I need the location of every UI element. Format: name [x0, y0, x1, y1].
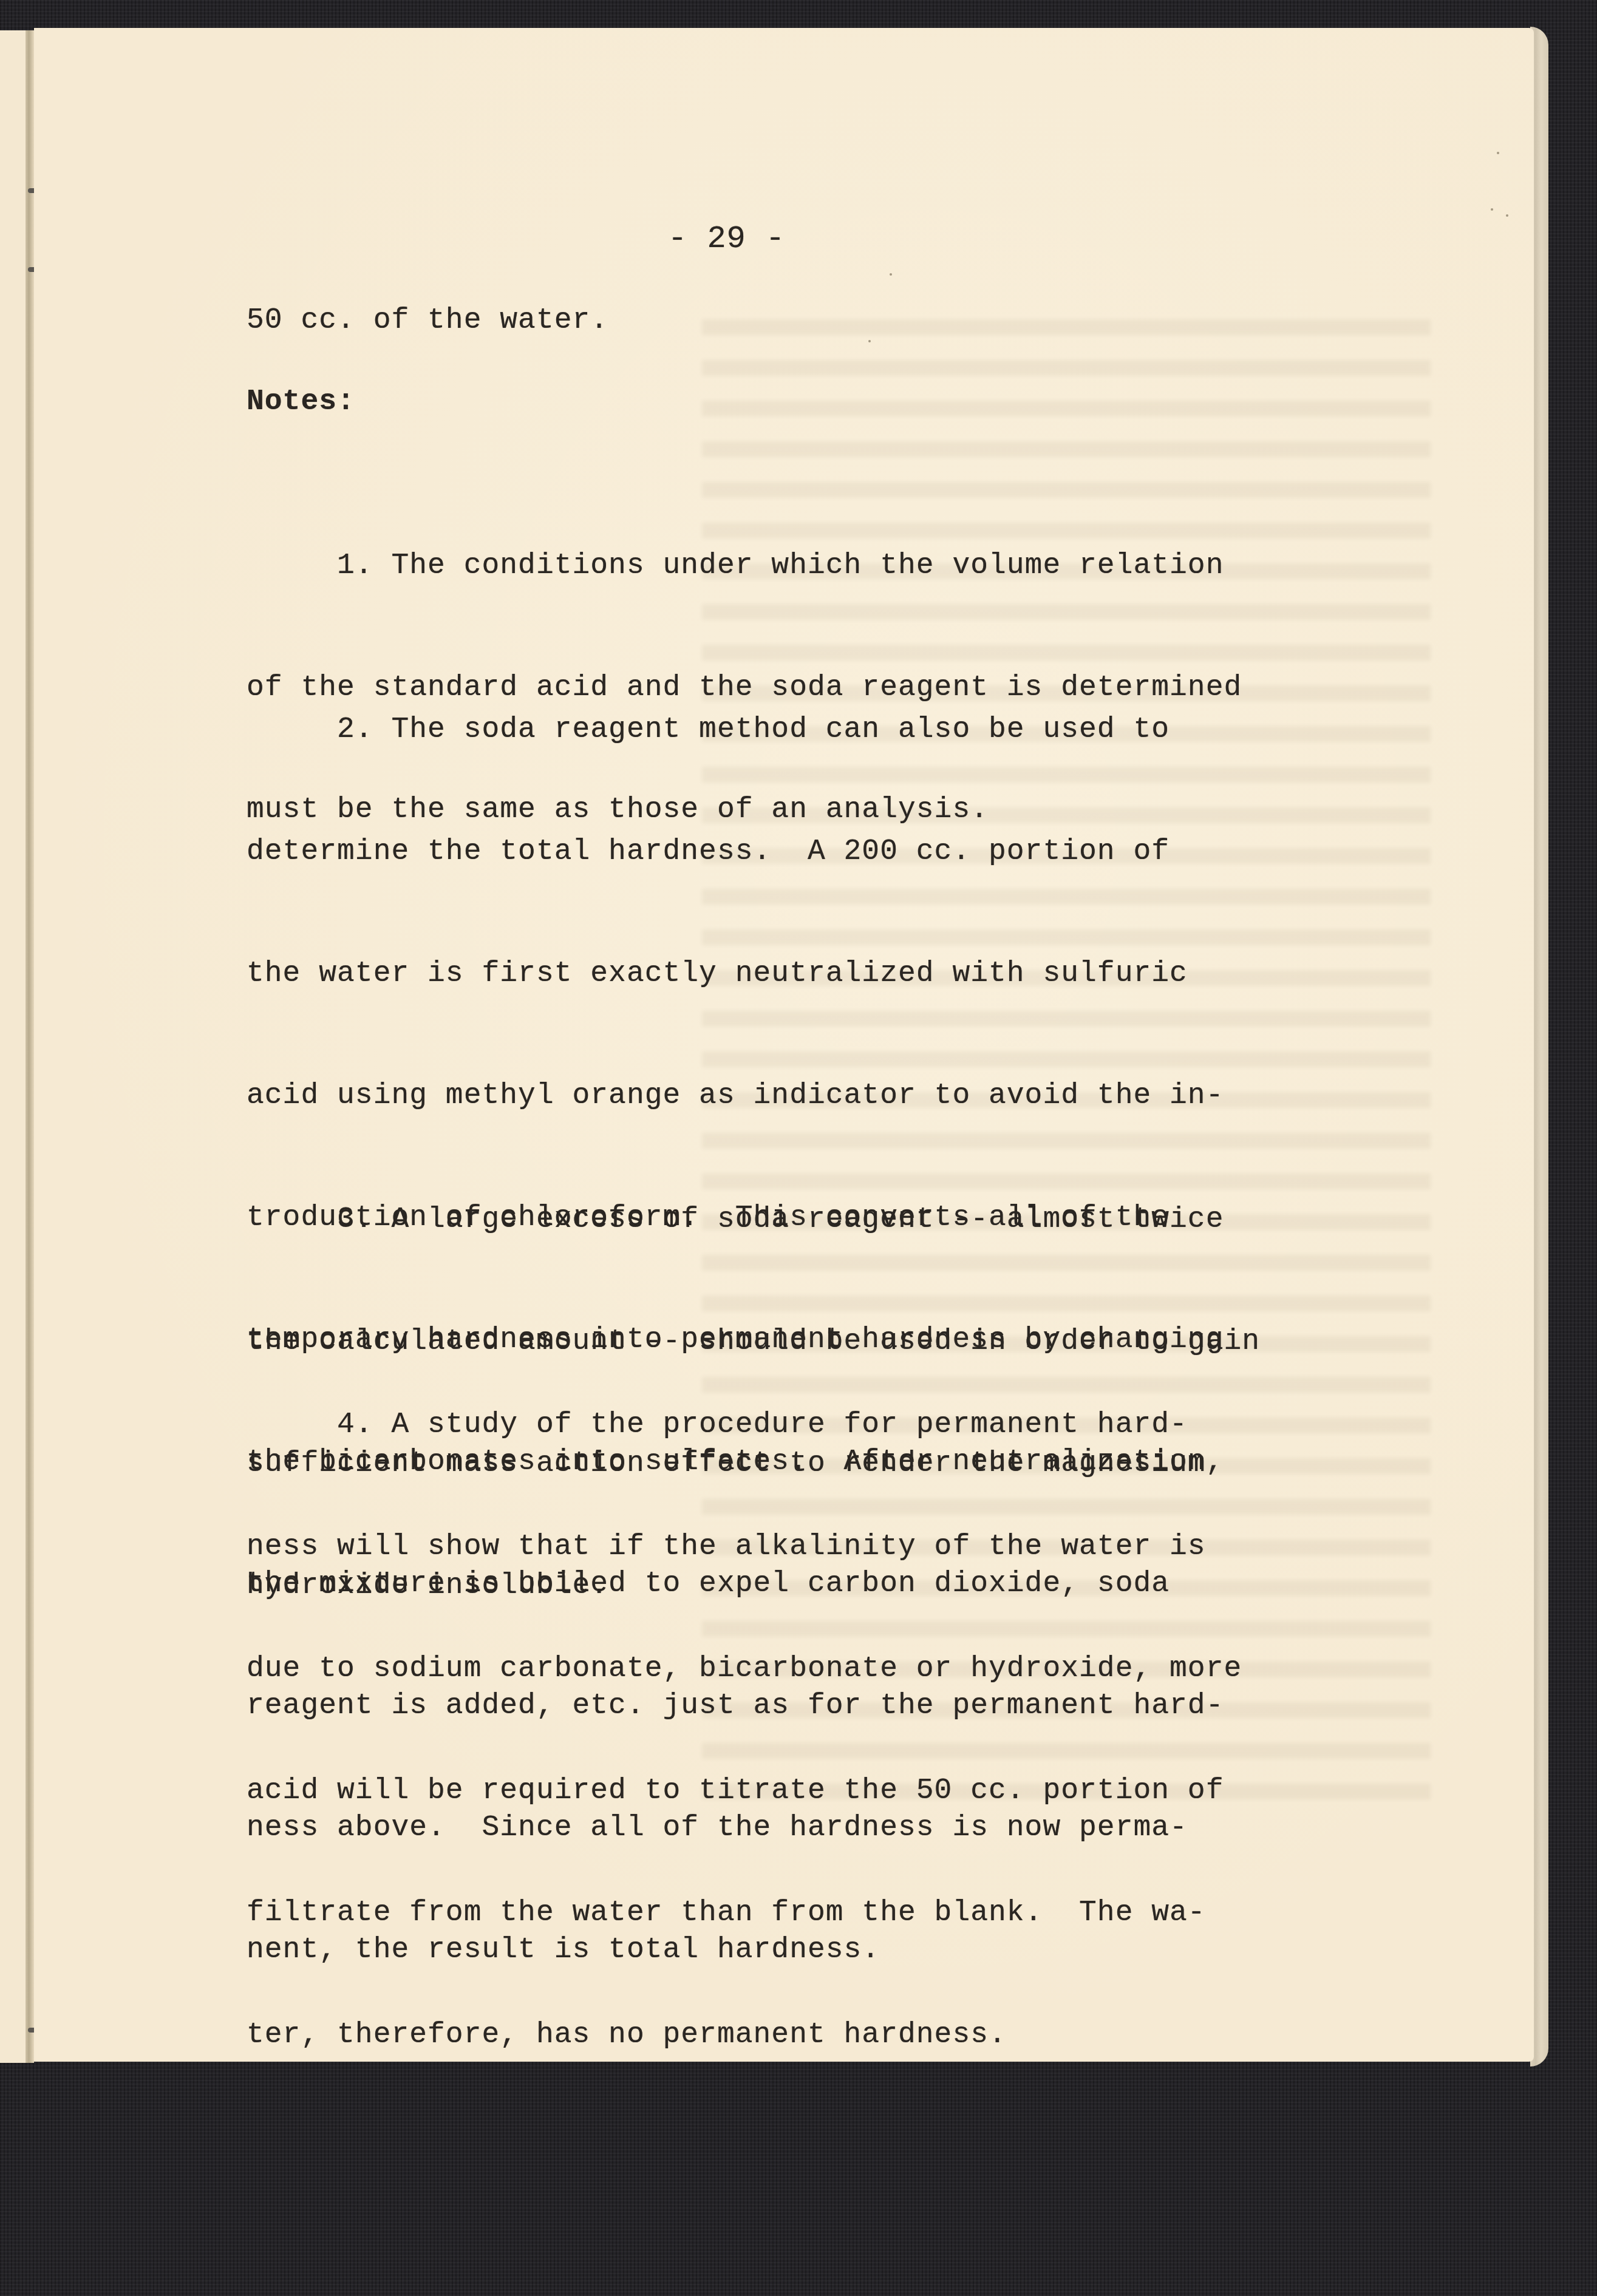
- note-line: acid using methyl orange as indicator to…: [247, 1076, 1224, 1116]
- note-line: 4. A study of the procedure for permanen…: [247, 1405, 1242, 1445]
- paper-speck: [868, 340, 871, 342]
- left-facing-page: [0, 30, 27, 2063]
- notes-heading: Notes:: [247, 382, 355, 423]
- note-line: the water is first exactly neutralized w…: [247, 954, 1224, 994]
- intro-line: 50 cc. of the water.: [247, 301, 608, 341]
- note-line: 1. The conditions under which the volume…: [247, 546, 1242, 586]
- note-line: determine the total hardness. A 200 cc. …: [247, 832, 1224, 872]
- note-line: 3. A large excess of soda reagent -- alm…: [247, 1200, 1260, 1240]
- note-line: filtrate from the water than from the bl…: [247, 1893, 1242, 1934]
- note-line: due to sodium carbonate, bicarbonate or …: [247, 1649, 1242, 1690]
- note-line: ness will show that if the alkalinity of…: [247, 1527, 1242, 1567]
- paper-speck: [1497, 152, 1499, 154]
- binding-gutter: [26, 30, 34, 2063]
- paper-speck: [890, 273, 892, 276]
- note-4: 4. A study of the procedure for permanen…: [247, 1323, 1242, 2096]
- paper-speck: [1491, 208, 1493, 211]
- note-line: ter, therefore, has no permanent hardnes…: [247, 2015, 1242, 2056]
- note-line: acid will be required to titrate the 50 …: [247, 1771, 1242, 1812]
- note-line: 2. The soda reagent method can also be u…: [247, 710, 1224, 750]
- paper-speck: [1506, 214, 1508, 217]
- page-number: - 29 -: [668, 219, 785, 259]
